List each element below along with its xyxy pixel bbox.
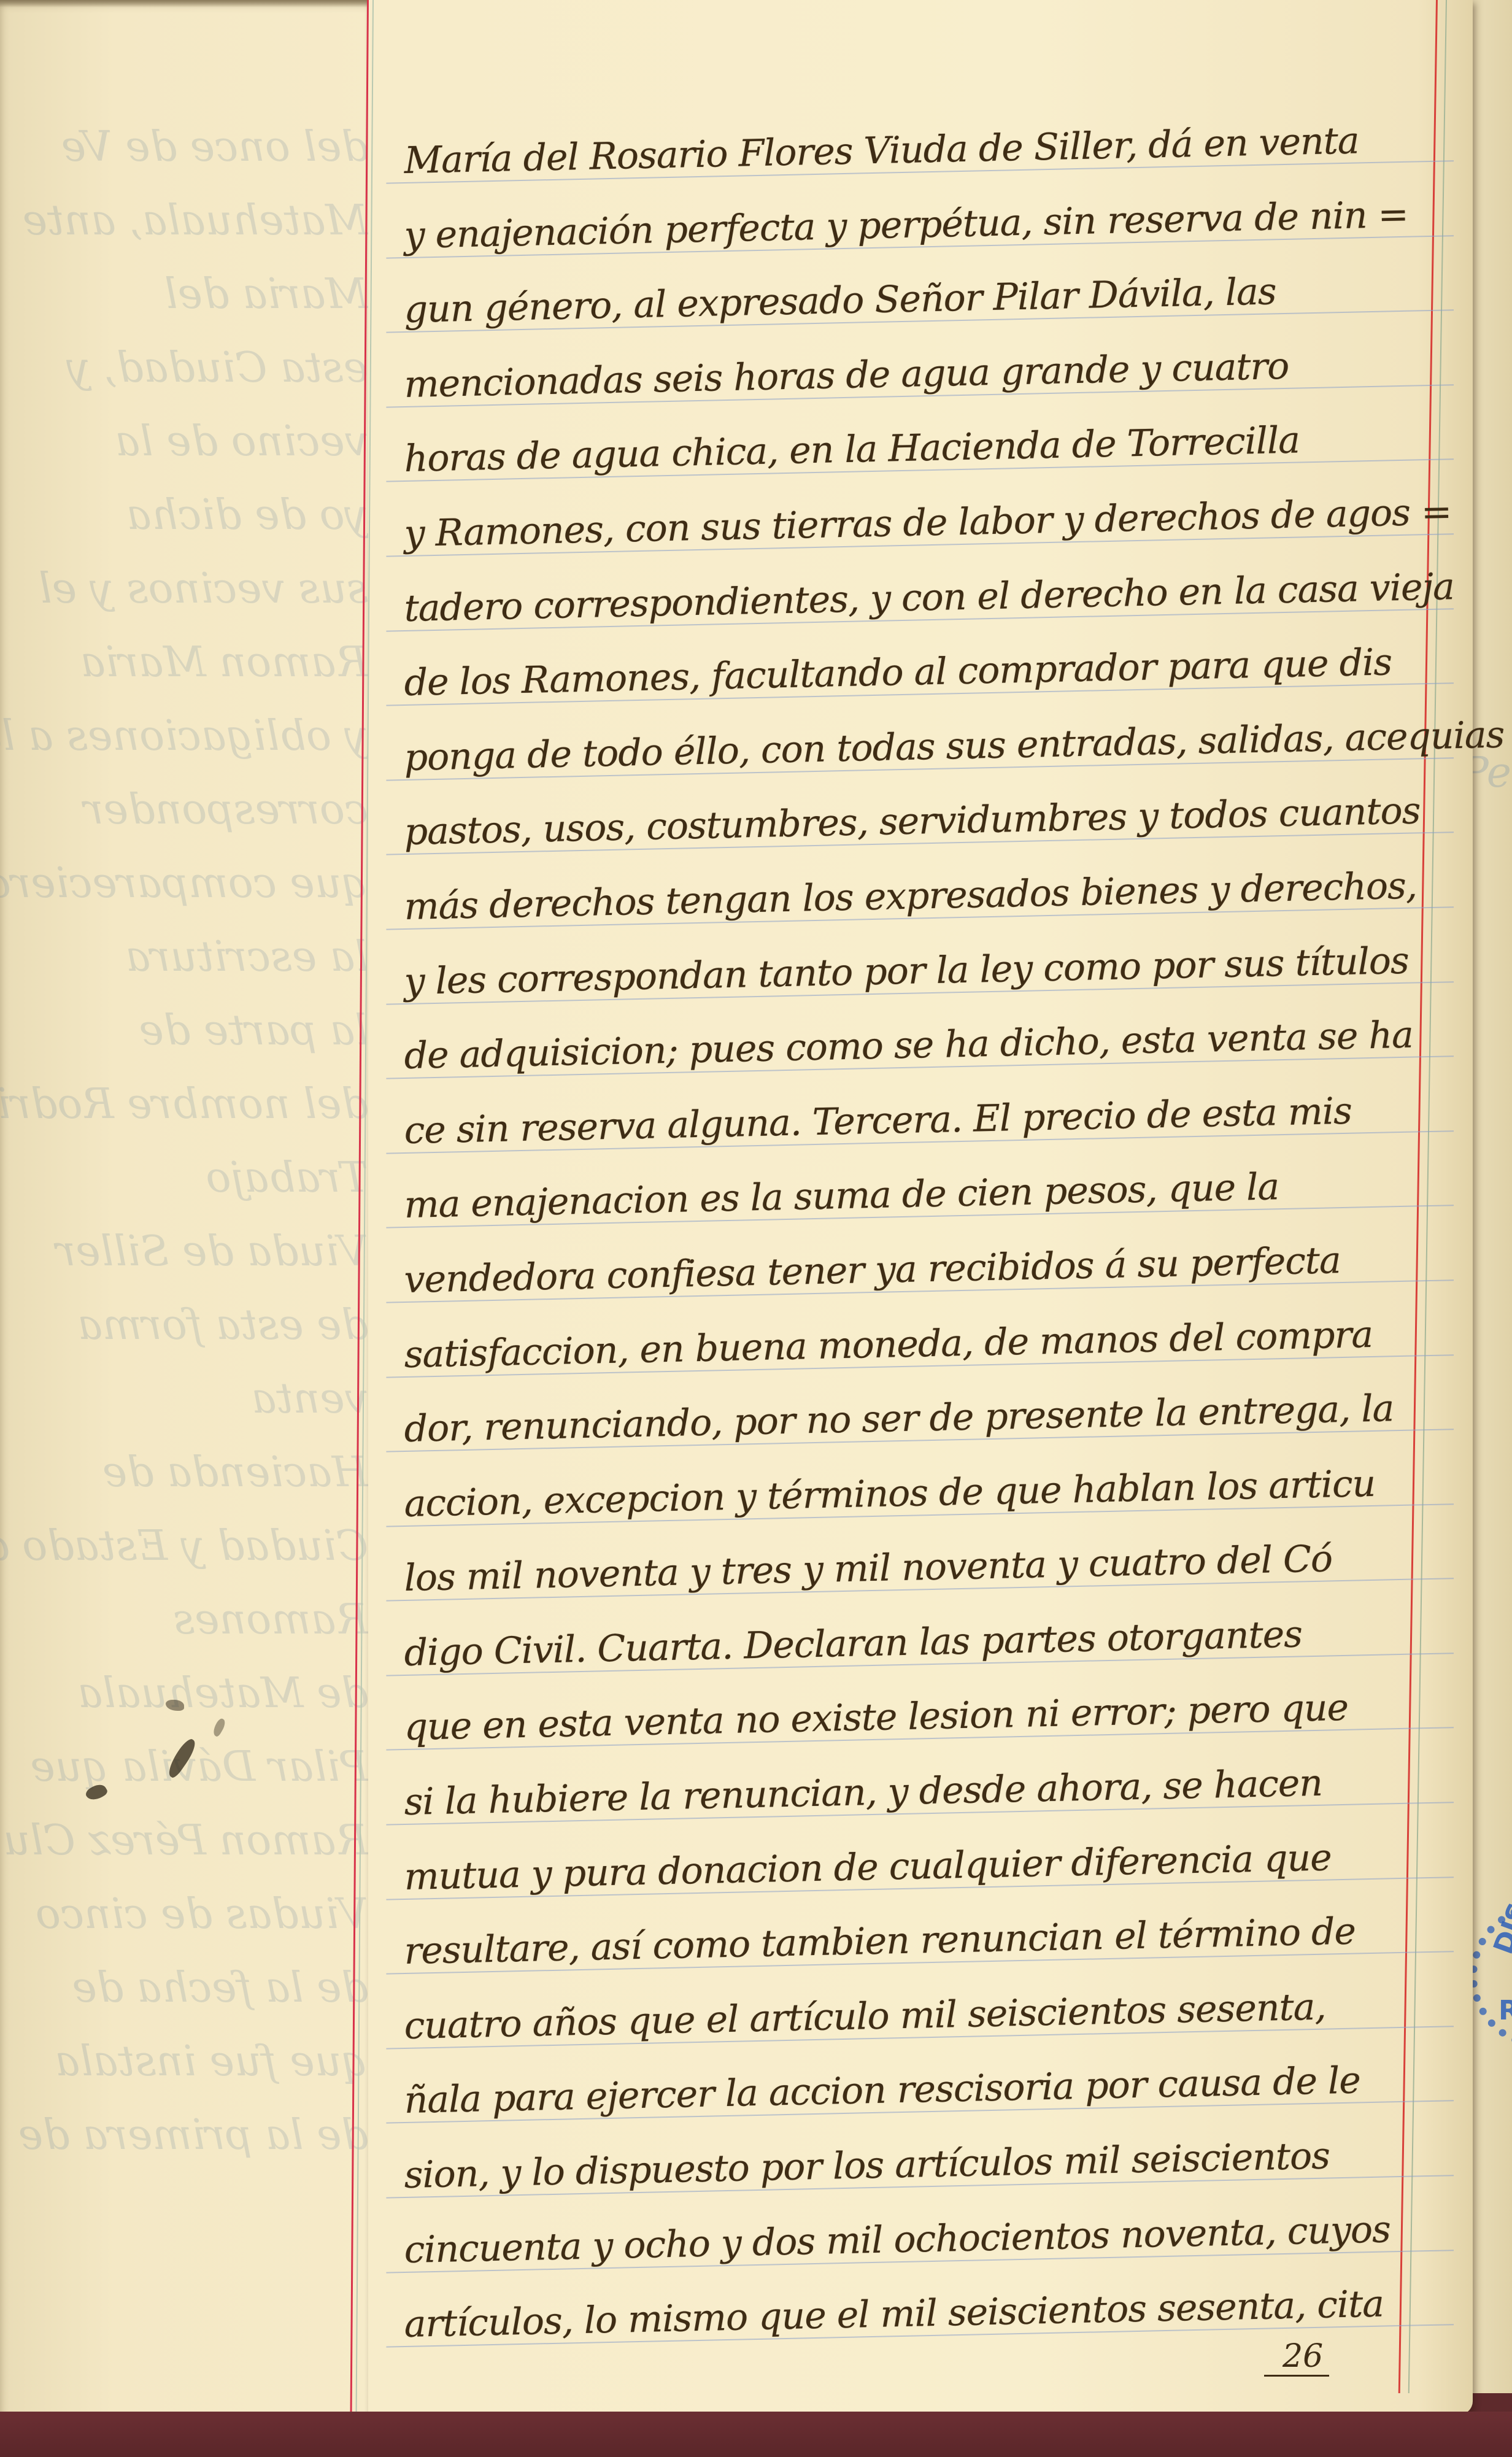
bleed-line: la escritura — [0, 920, 368, 994]
book-cover-edge — [0, 2412, 1512, 2457]
bleed-line: del once de Ve — [0, 110, 368, 184]
bleed-line: que comparecieron — [0, 847, 368, 920]
bleed-line: Viudas de cinco — [0, 1878, 368, 1951]
bleed-line: venta — [0, 1362, 368, 1436]
bleed-line: Ciudad y Estado de — [0, 1510, 368, 1583]
bleed-through-text-left: del once de Ve Matehuala, ante Maria del… — [0, 110, 368, 2172]
manuscript-body: María del Rosario Flores Viuda de Siller… — [405, 126, 1442, 2364]
bleed-line: Ramon Pérez Clu — [0, 1804, 368, 1878]
bleed-line: Trabajo — [0, 1141, 368, 1215]
line-text: mencionadas seis horas de agua grande y … — [404, 344, 1289, 406]
bleed-line: la parte de — [0, 994, 368, 1068]
bleed-line: de Matehuala — [0, 1657, 368, 1730]
bleed-line: Ramones — [0, 1583, 368, 1657]
bleed-line: vecino de la — [0, 405, 368, 479]
bleed-line: Matehuala, ante — [0, 184, 368, 258]
bleed-line: Pilar Dávila que — [0, 1730, 368, 1804]
page-top-shadow — [0, 0, 380, 7]
bleed-line: de esta forma — [0, 1289, 368, 1362]
bleed-line: Hacienda de — [0, 1436, 368, 1510]
folio-number: 26 — [1264, 2338, 1329, 2377]
bleed-line: Maria del — [0, 258, 368, 331]
bleed-line: del nombre Rodrigo — [0, 1068, 368, 1141]
bleed-line: y obligaciones a la — [0, 700, 368, 773]
stamp-letters-bottom: R — [1498, 1997, 1512, 2024]
bleed-line: Ramon Maria — [0, 626, 368, 700]
bleed-line: sus vecinos y el — [0, 552, 368, 626]
bleed-line: Viuda de Siller — [0, 1215, 368, 1289]
bleed-line: yo de dicha — [0, 479, 368, 552]
bleed-line: esta Ciudad, y — [0, 331, 368, 405]
bleed-line: corresponder — [0, 773, 368, 847]
bleed-line: de la primera de — [0, 2099, 368, 2172]
bleed-line: de la fecha de — [0, 1951, 368, 2025]
line-text: ponga de todo éllo, con todas sus entrad… — [404, 713, 1505, 779]
bleed-line: que fue instala — [0, 2025, 368, 2099]
